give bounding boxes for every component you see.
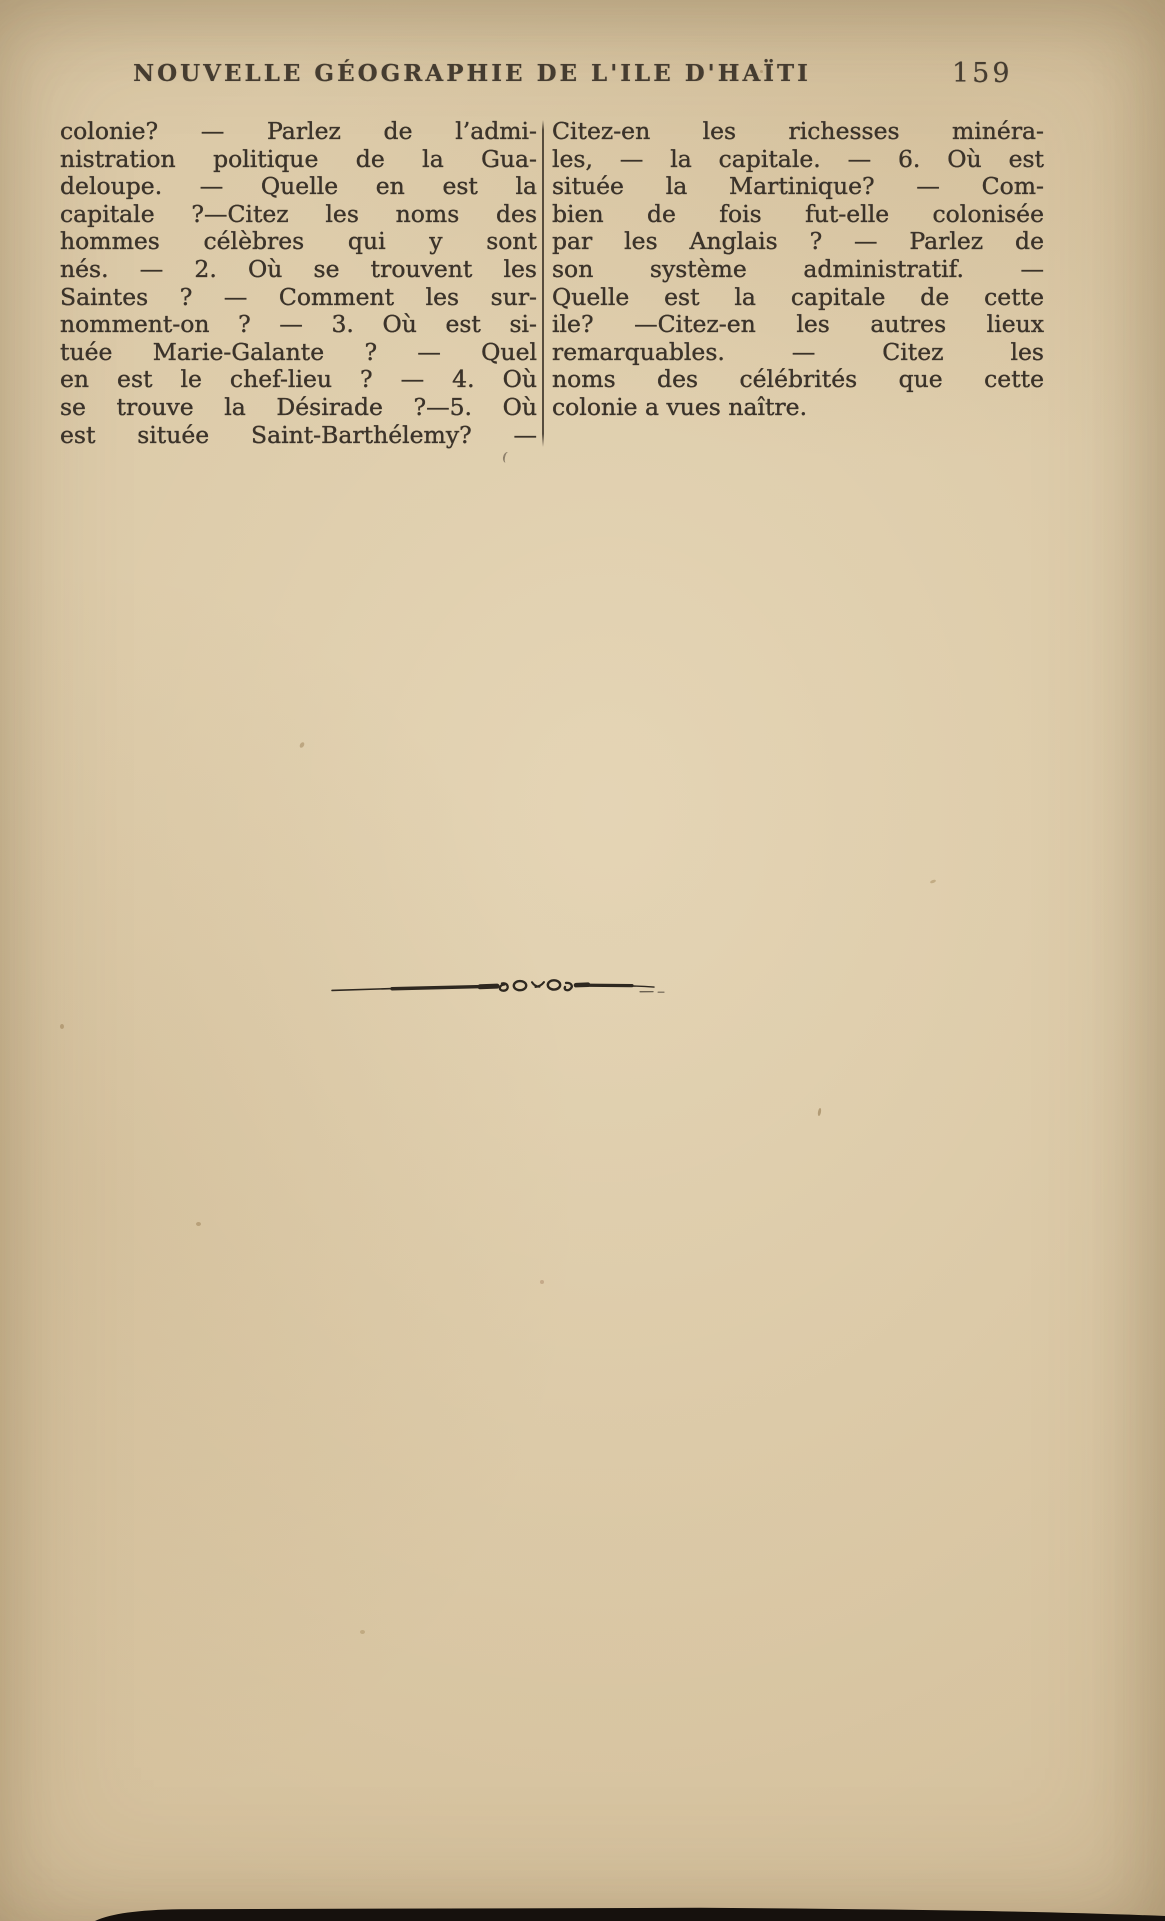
paper-speck	[60, 1024, 64, 1029]
text-line: tuée Marie-Galante ? — Quel	[60, 339, 537, 367]
book-bottom-edge-shadow	[0, 1903, 1165, 1921]
text-line: les, — la capitale. — 6. Où est	[552, 146, 1044, 174]
right-column: Citez-en les richesses minéra-les, — la …	[552, 118, 1044, 449]
paper-speck	[817, 1108, 821, 1116]
paper-speck	[360, 1630, 365, 1634]
text-line: Quelle est la capitale de cette	[552, 284, 1044, 312]
page-header-title: NOUVELLE GÉOGRAPHIE DE L'ILE D'HAÏTI	[62, 60, 882, 87]
left-column: colonie? — Parlez de l’admi-nistration p…	[60, 118, 537, 449]
stray-ink-mark	[502, 451, 512, 463]
text-line: en est le chef-lieu ? — 4. Où	[60, 366, 537, 394]
text-line: par les Anglais ? — Parlez de	[552, 228, 1044, 256]
text-line: capitale ?—Citez les noms des	[60, 201, 537, 229]
tailpiece-ornament-icon	[330, 971, 670, 1002]
page-number: 159	[952, 58, 1013, 89]
text-line: ile? —Citez-en les autres lieux	[552, 311, 1044, 339]
paper-speck	[540, 1280, 544, 1284]
text-line: bien de fois fut-elle colonisée	[552, 201, 1044, 229]
text-line: nistration politique de la Gua-	[60, 146, 537, 174]
text-line: Saintes ? — Comment les sur-	[60, 284, 537, 312]
paper-speck	[930, 879, 937, 884]
text-line: hommes célèbres qui y sont	[60, 228, 537, 256]
text-line: colonie? — Parlez de l’admi-	[60, 118, 537, 146]
text-line: est située Saint-Barthélemy? —	[60, 422, 537, 450]
running-head: NOUVELLE GÉOGRAPHIE DE L'ILE D'HAÏTI 159	[62, 60, 1062, 96]
two-column-text-block: colonie? — Parlez de l’admi-nistration p…	[60, 118, 1044, 449]
paper-speck	[196, 1222, 201, 1226]
paper-speck	[299, 741, 305, 748]
text-line: son système administratif. —	[552, 256, 1044, 284]
text-line: située la Martinique? — Com-	[552, 173, 1044, 201]
text-line: colonie a vues naître.	[552, 394, 1044, 422]
text-line: noms des célébrités que cette	[552, 366, 1044, 394]
text-line: nomment-on ? — 3. Où est si-	[60, 311, 537, 339]
paper-speck	[760, 70, 763, 73]
text-line: remarquables. — Citez les	[552, 339, 1044, 367]
column-divider-rule	[542, 120, 544, 447]
text-line: Citez-en les richesses minéra-	[552, 118, 1044, 146]
book-page: NOUVELLE GÉOGRAPHIE DE L'ILE D'HAÏTI 159…	[0, 0, 1165, 1921]
text-line: nés. — 2. Où se trouvent les	[60, 256, 537, 284]
text-line: se trouve la Désirade ?—5. Où	[60, 394, 537, 422]
text-line: deloupe. — Quelle en est la	[60, 173, 537, 201]
